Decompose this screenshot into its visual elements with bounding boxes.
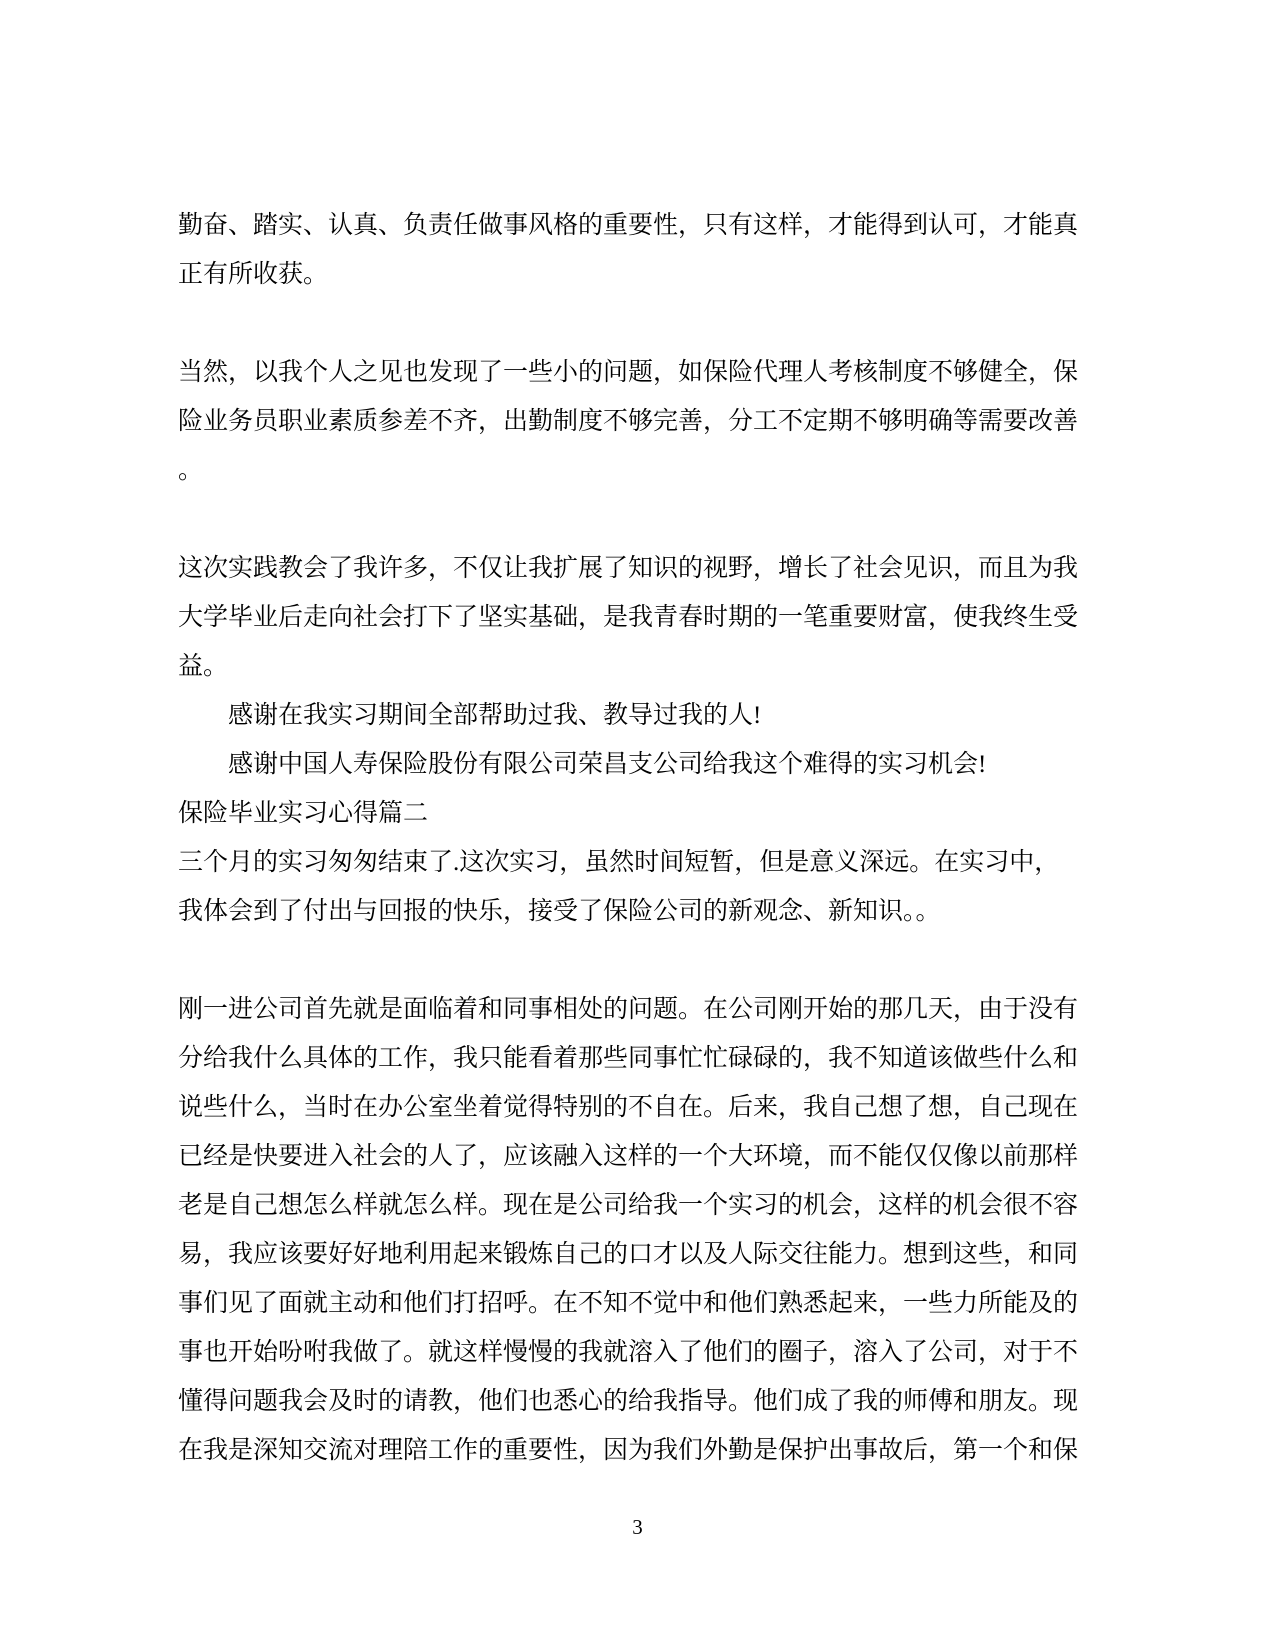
- text-line: 在我是深知交流对理陪工作的重要性，因为我们外勤是保护出事故后，第一个和保: [178, 1426, 1098, 1475]
- section-title-line: 保险毕业实习心得篇二: [178, 789, 1098, 838]
- text-line: 感谢中国人寿保险股份有限公司荣昌支公司给我这个难得的实习机会!: [178, 740, 1098, 789]
- document-body: 勤奋、踏实、认真、负责任做事风格的重要性，只有这样，才能得到认可，才能真 正有所…: [178, 201, 1098, 1475]
- text-line: 。: [178, 446, 1098, 495]
- text-line: 我体会到了付出与回报的快乐，接受了保险公司的新观念、新知识。。: [178, 887, 1098, 936]
- page-number: 3: [0, 1511, 1275, 1543]
- text-line: 老是自己想怎么样就怎么样。现在是公司给我一个实习的机会，这样的机会很不容: [178, 1181, 1098, 1230]
- text-line: 分给我什么具体的工作，我只能看着那些同事忙忙碌碌的，我不知道该做些什么和: [178, 1034, 1098, 1083]
- text-line: 已经是快要进入社会的人了，应该融入这样的一个大环境，而不能仅仅像以前那样: [178, 1132, 1098, 1181]
- text-line: 懂得问题我会及时的请教，他们也悉心的给我指导。他们成了我的师傅和朋友。现: [178, 1377, 1098, 1426]
- text-line: 大学毕业后走向社会打下了坚实基础，是我青春时期的一笔重要财富，使我终生受: [178, 593, 1098, 642]
- document-page: 勤奋、踏实、认真、负责任做事风格的重要性，只有这样，才能得到认可，才能真 正有所…: [0, 0, 1275, 1651]
- text-line: 险业务员职业素质参差不齐，出勤制度不够完善，分工不定期不够明确等需要改善: [178, 397, 1098, 446]
- text-line: 三个月的实习匆匆结束了.这次实习，虽然时间短暂，但是意义深远。在实习中，: [178, 838, 1098, 887]
- paragraph-spacer: [178, 299, 1098, 348]
- text-line: 勤奋、踏实、认真、负责任做事风格的重要性，只有这样，才能得到认可，才能真: [178, 201, 1098, 250]
- text-line: 说些什么，当时在办公室坐着觉得特别的不自在。后来，我自己想了想，自己现在: [178, 1083, 1098, 1132]
- text-line: 益。: [178, 642, 1098, 691]
- paragraph-spacer: [178, 495, 1098, 544]
- text-line: 这次实践教会了我许多，不仅让我扩展了知识的视野，增长了社会见识，而且为我: [178, 544, 1098, 593]
- paragraph-spacer: [178, 936, 1098, 985]
- text-line: 易，我应该要好好地利用起来锻炼自己的口才以及人际交往能力。想到这些，和同: [178, 1230, 1098, 1279]
- text-line: 感谢在我实习期间全部帮助过我、教导过我的人!: [178, 691, 1098, 740]
- text-line: 正有所收获。: [178, 250, 1098, 299]
- text-line: 事们见了面就主动和他们打招呼。在不知不觉中和他们熟悉起来，一些力所能及的: [178, 1279, 1098, 1328]
- text-line: 事也开始吩咐我做了。就这样慢慢的我就溶入了他们的圈子，溶入了公司，对于不: [178, 1328, 1098, 1377]
- text-line: 刚一进公司首先就是面临着和同事相处的问题。在公司刚开始的那几天，由于没有: [178, 985, 1098, 1034]
- text-line: 当然，以我个人之见也发现了一些小的问题，如保险代理人考核制度不够健全，保: [178, 348, 1098, 397]
